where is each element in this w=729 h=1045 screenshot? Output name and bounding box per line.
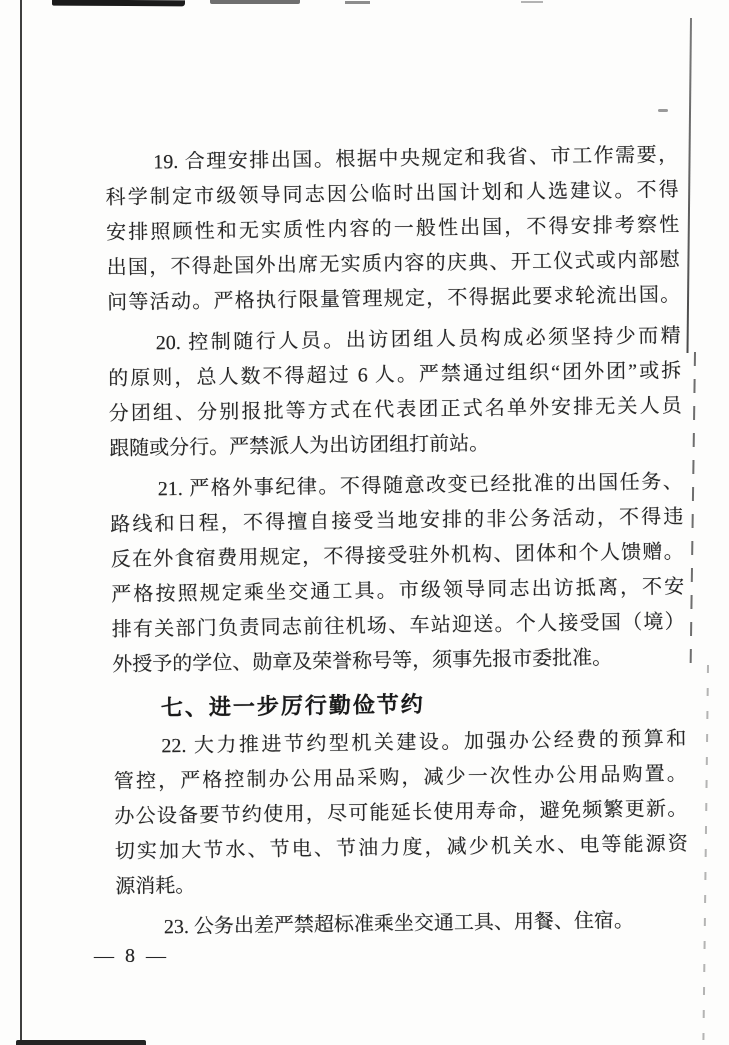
page-number: — 8 —: [94, 945, 169, 968]
scan-artifact-right-edge-dashed: [690, 352, 696, 664]
paragraph-19: 19. 合理安排出国。根据中央规定和我省、市工作需要， 科学制定市级领导同志因公…: [105, 138, 680, 321]
section-header: 七、进一步厉行勤俭节约: [113, 683, 686, 726]
scan-artifact-speck: [658, 109, 668, 112]
paragraph-21: 21. 严格外事纪律。不得随意改变已经批准的出国任务、 路线和日程，不得擅自接受…: [110, 465, 686, 683]
text-line: 外授予的学位、勋章及荣誉称号等，须事先报市委批准。: [112, 640, 685, 683]
scan-artifact-right-edge-dotted: [702, 665, 709, 1040]
scan-artifact-top-smear-dark: [52, 0, 185, 6]
text-line: 问等活动。严格执行限量管理规定，不得据此要求轮流出国。: [107, 278, 680, 321]
scan-artifact-top-smear-small: [345, 1, 370, 4]
scan-artifact-top-smear-gray: [210, 0, 300, 4]
paragraph-23: 23. 公务出差严禁超标准乘坐交通工具、用餐、住宿。: [116, 903, 689, 946]
scan-artifact-top-smear-faint: [521, 1, 543, 3]
paragraph-22: 22. 大力推进节约型机关建设。加强办公经费的预算和 管控，严格控制办公用品采购…: [113, 722, 688, 905]
scanned-document-page: 19. 合理安排出国。根据中央规定和我省、市工作需要， 科学制定市级领导同志因公…: [0, 0, 729, 1045]
scan-artifact-left-edge-line: [20, 0, 22, 1045]
scan-artifact-right-edge-solid: [686, 18, 692, 353]
scan-artifact-bottom-smear: [16, 1040, 146, 1045]
text-line: 跟随或分行。严禁派人为出访团组打前站。: [109, 424, 682, 467]
document-body: 19. 合理安排出国。根据中央规定和我省、市工作需要， 科学制定市级领导同志因公…: [105, 138, 689, 946]
paragraph-20: 20. 控制随行人员。出访团组人员构成必须坚持少而精 的原则，总人数不得超过 6…: [108, 319, 683, 467]
text-line: 23. 公务出差严禁超标准乘坐交通工具、用餐、住宿。: [116, 903, 689, 946]
